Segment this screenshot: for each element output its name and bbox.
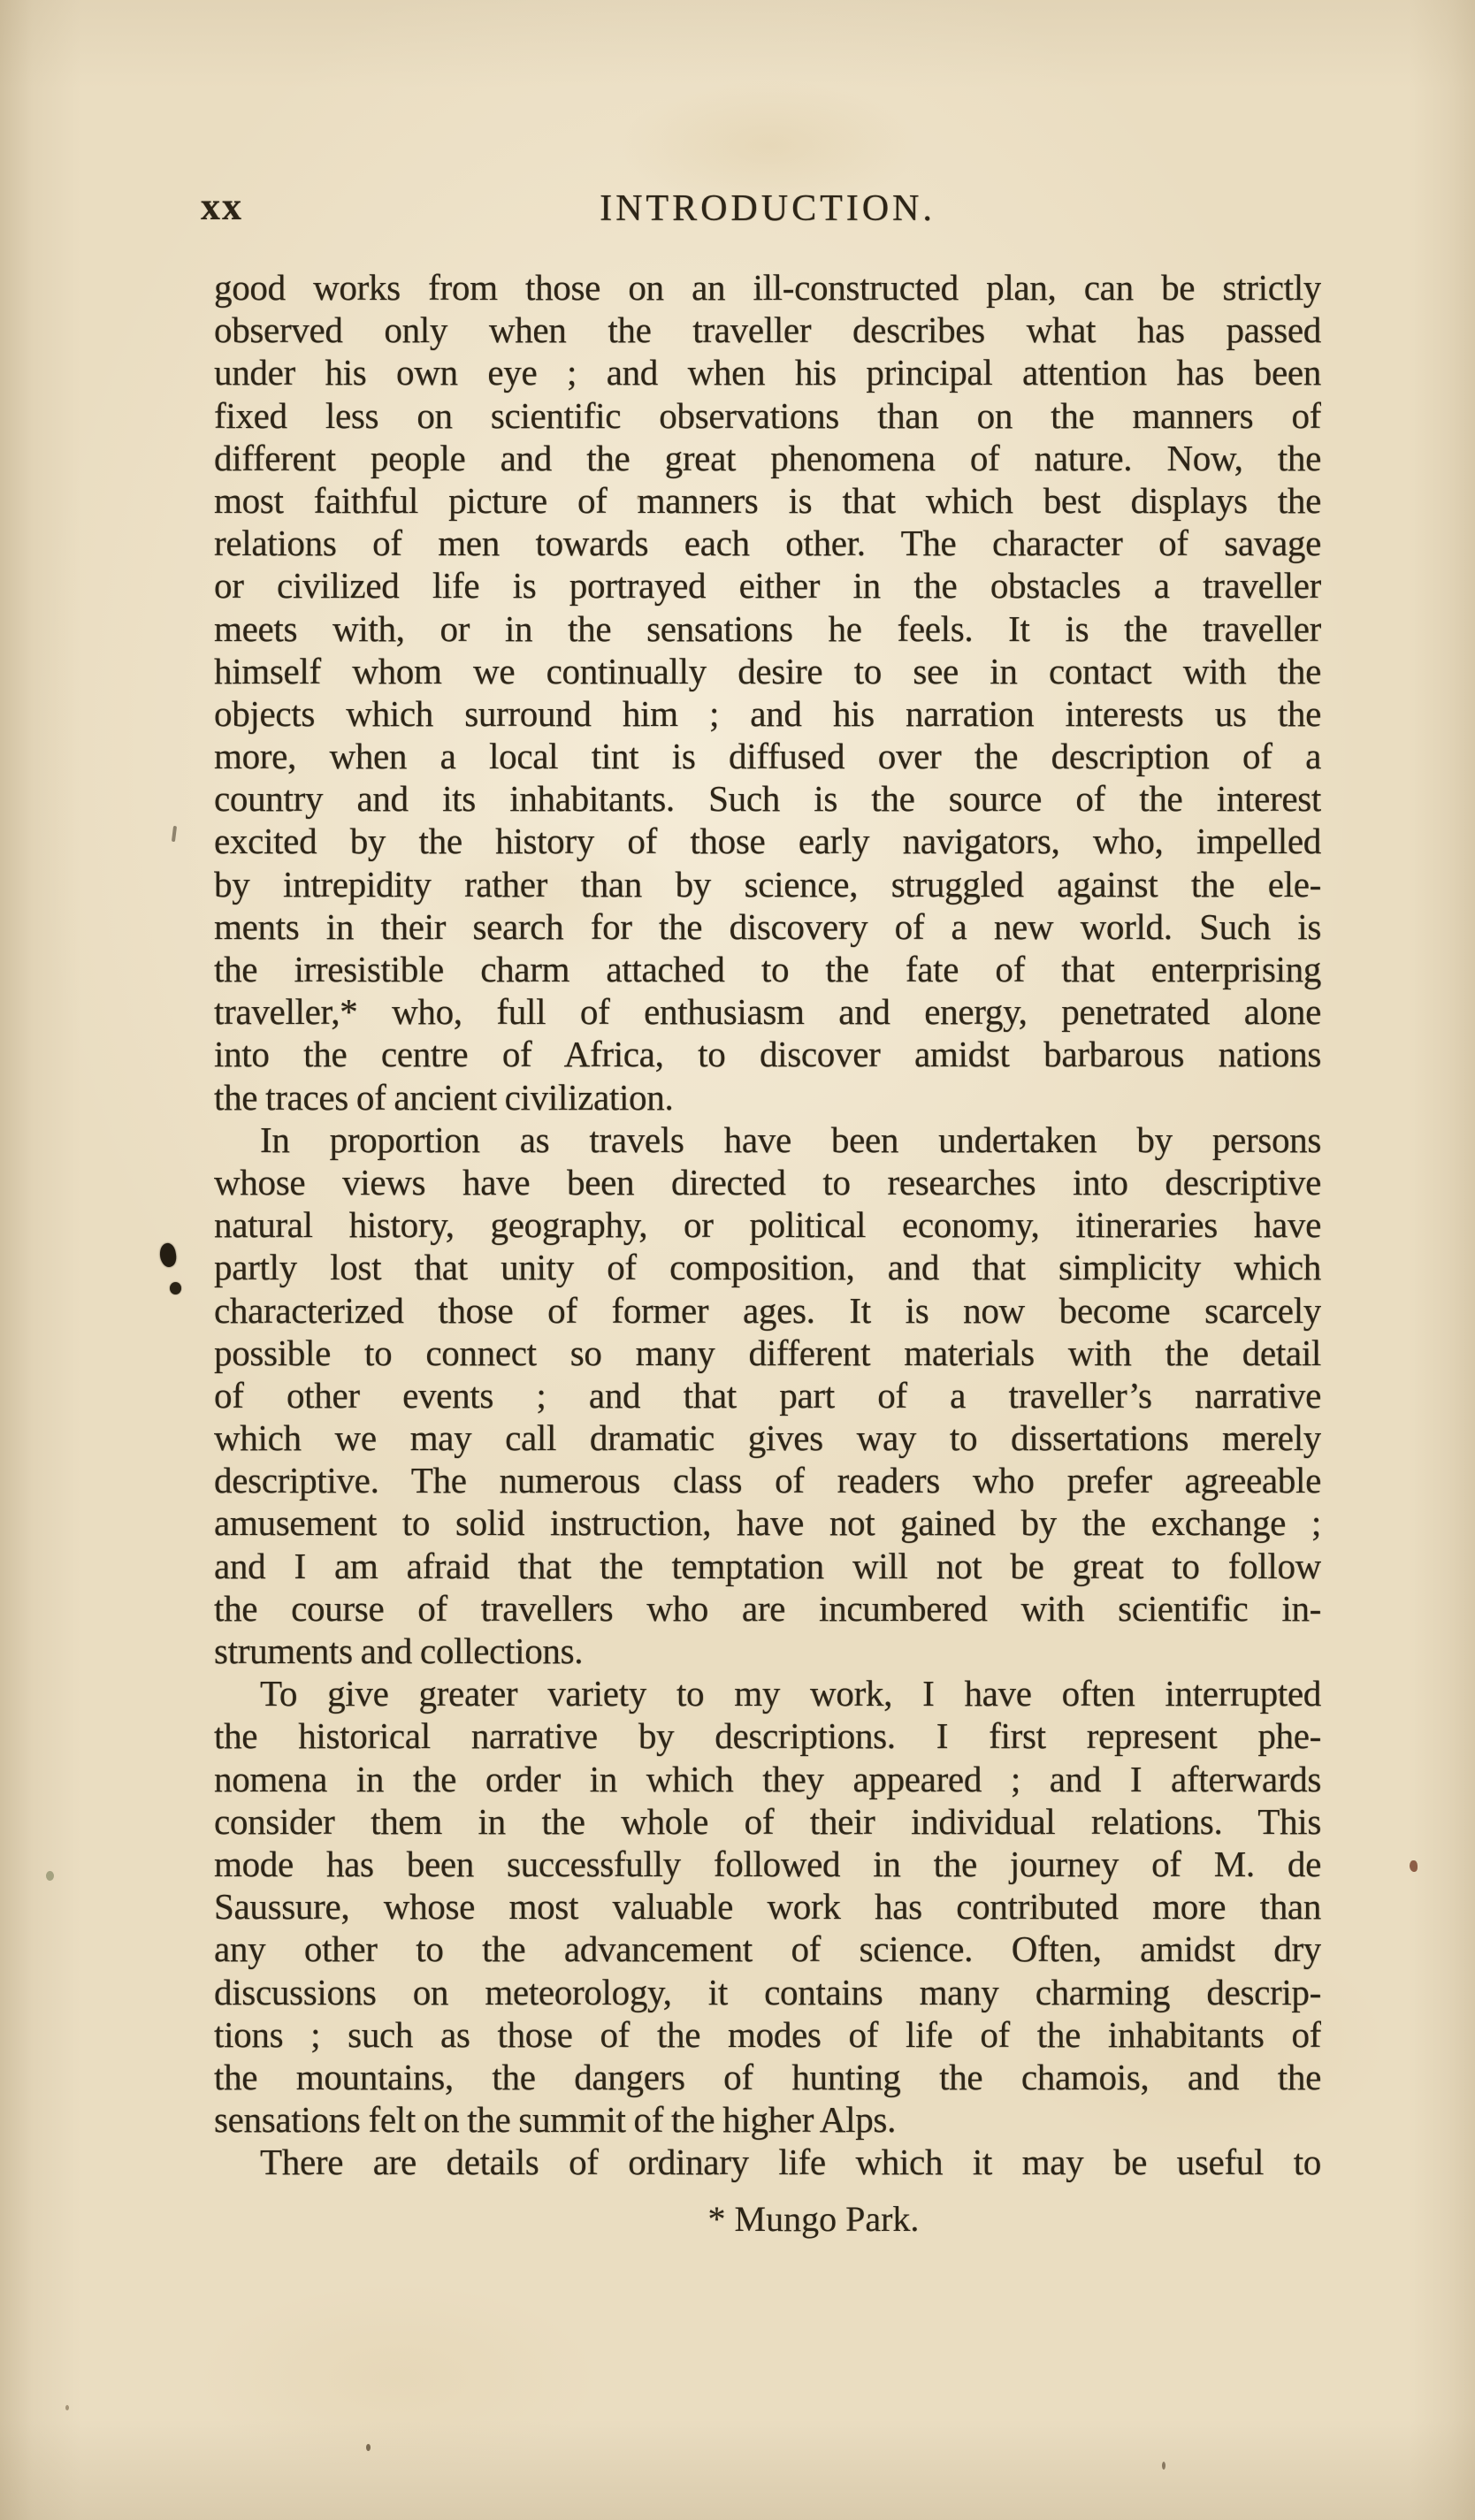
text-line: into the centre of Africa, to discover a…	[214, 1033, 1321, 1075]
ink-blot	[158, 1242, 178, 1269]
paper-speck	[366, 2444, 371, 2451]
text-line: the course of travellers who are incumbe…	[214, 1587, 1321, 1630]
text-line: relations of men towards each other. The…	[214, 522, 1321, 564]
paper-speck	[1162, 2462, 1165, 2470]
margin-ink-tick	[172, 826, 177, 842]
text-line: discussions on meteorology, it contains …	[214, 1971, 1321, 2013]
text-line: nomena in the order in which they appear…	[214, 1758, 1321, 1800]
text-line: himself whom we continually desire to se…	[214, 650, 1321, 692]
text-line: by intrepidity rather than by science, s…	[214, 863, 1321, 905]
text-line: of other events ; and that part of a tra…	[214, 1374, 1321, 1417]
text-line: the historical narrative by descriptions…	[214, 1714, 1321, 1757]
text-line: which we may call dramatic gives way to …	[214, 1417, 1321, 1459]
text-line: meets with, or in the sensations he feel…	[214, 607, 1321, 650]
text-line: and I am afraid that the temptation will…	[214, 1545, 1321, 1587]
text-line: Saussure, whose most valuable work has c…	[214, 1885, 1321, 1928]
text-line: under his own eye ; and when his princip…	[214, 351, 1321, 393]
text-line: mode has been successfully followed in t…	[214, 1843, 1321, 1885]
paper-speck	[46, 1871, 54, 1881]
text-line: partly lost that unity of composition, a…	[214, 1246, 1321, 1288]
book-page: xx INTRODUCTION. good works from those o…	[0, 0, 1475, 2520]
running-header: INTRODUCTION.	[214, 187, 1321, 230]
text-line: the traces of ancient civilization.	[214, 1076, 1321, 1119]
text-line: good works from those on an ill-construc…	[214, 266, 1321, 309]
text-line: whose views have been directed to resear…	[214, 1161, 1321, 1203]
text-line: country and its inhabitants. Such is the…	[214, 777, 1321, 820]
text-line: possible to connect so many different ma…	[214, 1332, 1321, 1374]
text-line: objects which surround him ; and his nar…	[214, 692, 1321, 735]
text-line: There are details of ordinary life which…	[214, 2141, 1321, 2183]
text-line: the irresistible charm attached to the f…	[214, 948, 1321, 990]
text-line: excited by the history of those early na…	[214, 820, 1321, 862]
paper-speck	[65, 2405, 69, 2410]
ink-blot	[170, 1282, 181, 1294]
text-line: struments and collections.	[214, 1630, 1321, 1672]
text-line: ments in their search for the discovery …	[214, 905, 1321, 948]
text-line: most faithful picture of manners is that…	[214, 479, 1321, 522]
text-line: more, when a local tint is diffused over…	[214, 735, 1321, 777]
text-line: different people and the great phenomena…	[214, 437, 1321, 479]
text-line: natural history, geography, or political…	[214, 1203, 1321, 1246]
text-line: amusement to solid instruction, have not…	[214, 1501, 1321, 1544]
text-line: fixed less on scientific observations th…	[214, 394, 1321, 437]
text-line: the mountains, the dangers of hunting th…	[214, 2056, 1321, 2098]
text-line: or civilized life is portrayed either in…	[214, 564, 1321, 607]
paper-stain	[195, 2281, 601, 2476]
text-line: To give greater variety to my work, I ha…	[214, 1672, 1321, 1714]
text-line: sensations felt on the summit of the hig…	[214, 2098, 1321, 2141]
text-line: observed only when the traveller describ…	[214, 309, 1321, 351]
paper-speck	[1410, 1860, 1418, 1872]
footnote: * Mungo Park.	[261, 2198, 1366, 2241]
text-line: descriptive. The numerous class of reade…	[214, 1459, 1321, 1501]
text-line: any other to the advancement of science.…	[214, 1928, 1321, 1970]
text-line: In proportion as travels have been under…	[214, 1119, 1321, 1161]
text-line: tions ; such as those of the modes of li…	[214, 2013, 1321, 2056]
body-text: good works from those on an ill-construc…	[214, 266, 1321, 2183]
text-line: consider them in the whole of their indi…	[214, 1800, 1321, 1843]
text-line: characterized those of former ages. It i…	[214, 1289, 1321, 1332]
text-line: traveller,* who, full of enthusiasm and …	[214, 990, 1321, 1033]
